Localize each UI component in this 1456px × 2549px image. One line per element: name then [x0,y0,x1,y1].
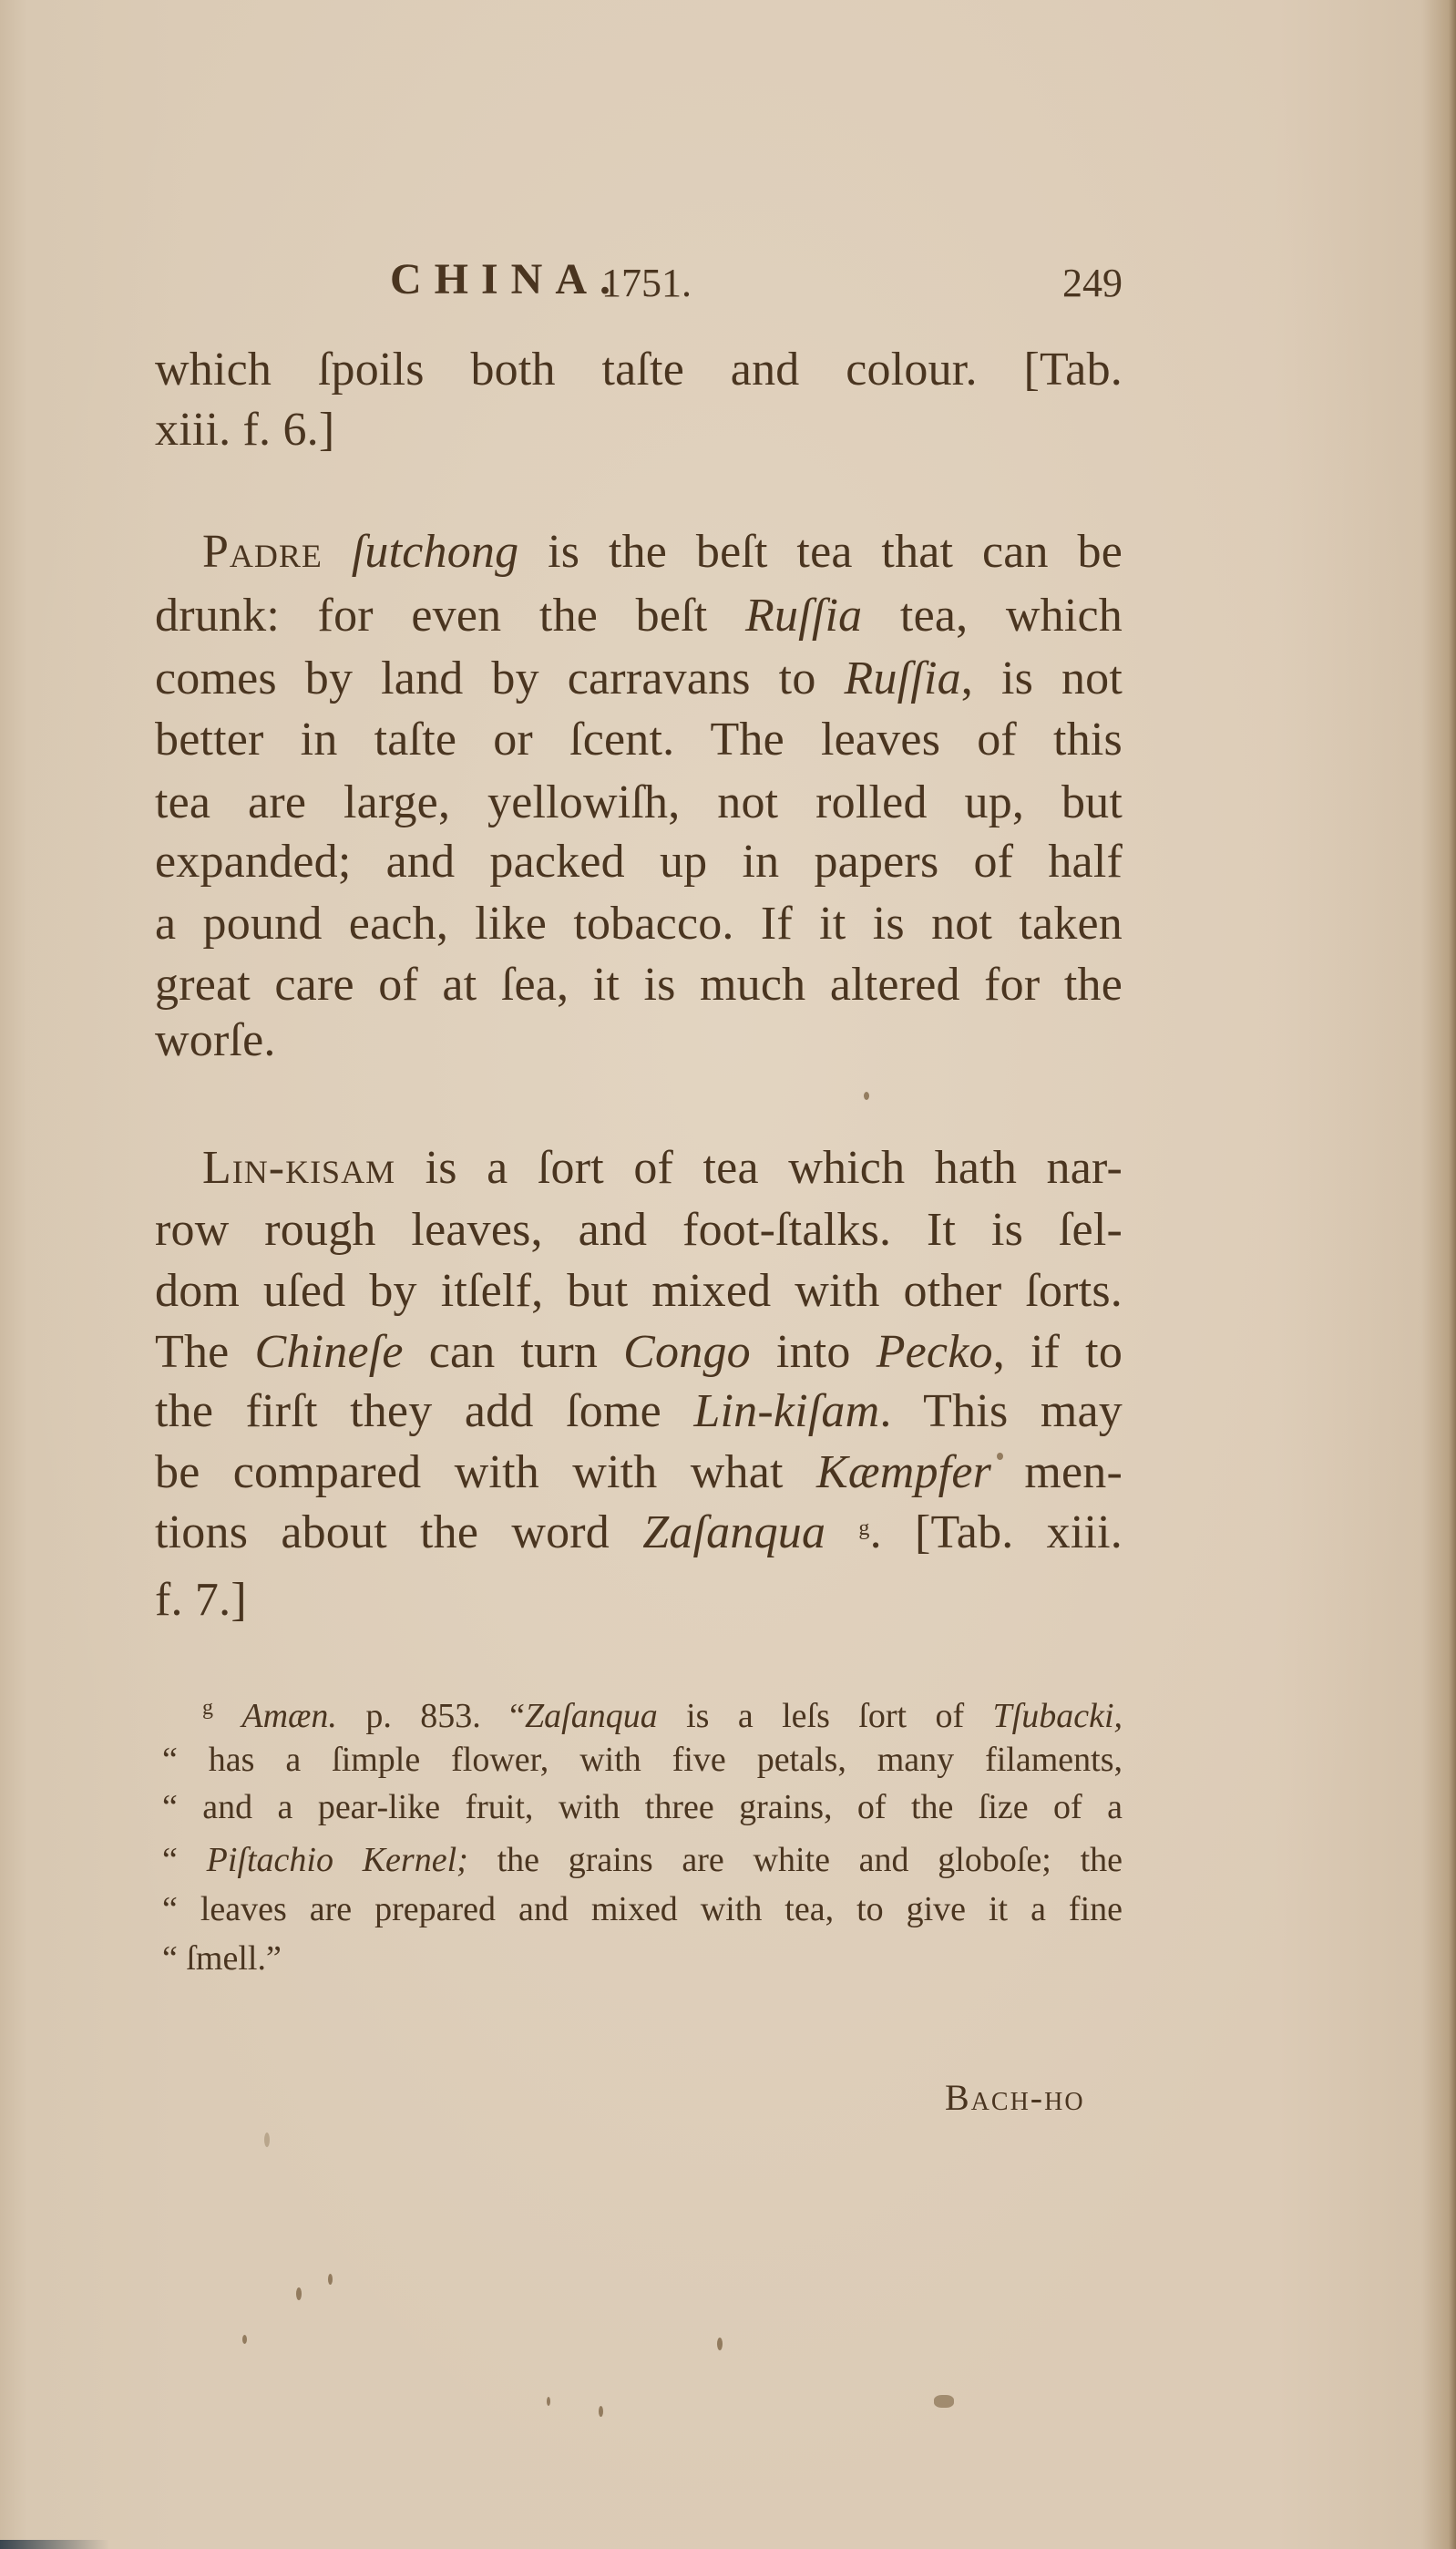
footnote-line: “ Piſtachio Kernel; the grains are white… [162,1843,1123,1877]
italic-term: Pecko [877,1326,993,1378]
text-span: comes by land by carravans to [155,653,816,704]
text-span: , is not [961,653,1123,704]
footnote-line: g Amæn. p. 853. “Zaſanqua is a leſs ſort… [202,1697,1123,1733]
text-line: row rough leaves, and foot-ſtalks. It is… [155,1207,1123,1254]
italic-term: Tſubacki, [993,1697,1123,1735]
paper-speck [328,2274,333,2285]
text-line: tea are large, yellowiſh, not rolled up,… [155,779,1123,827]
running-header: CHINA. 1751. 249 [155,258,1123,303]
paper-speck [296,2287,302,2300]
text-span: be compared with with what [155,1446,784,1498]
text-line: which ſpoils both taſte and colour. [Tab… [155,346,1123,394]
lead-term: Padre [202,526,323,578]
catchword: Bach-ho [945,2076,1085,2119]
italic-term: Amæn. [241,1697,337,1735]
text-span: the grains are white and globoſe; the [497,1841,1123,1879]
footnote-marker[interactable]: g [858,1516,869,1540]
italic-term: Ruſſia [844,653,960,704]
text-line: Lin-kiſam is a ſort of tea which hath na… [202,1145,1123,1192]
text-span: can turn [429,1326,598,1378]
paper-speck [547,2397,550,2406]
paper-speck [934,2395,954,2408]
text-span: men- [1024,1446,1123,1498]
footnote-line: “ leaves are prepared and mixed with tea… [162,1892,1123,1927]
text-span: p. 853. “ [365,1697,525,1735]
paper-speck [264,2133,270,2147]
italic-term: ſutchong [352,526,519,578]
text-span: The [155,1326,229,1378]
italic-term: Zaſanqua [525,1697,658,1735]
text-line: dom uſed by itſelf, but mixed with other… [155,1268,1123,1315]
text-line: worſe. [155,1017,1123,1064]
book-page: CHINA. 1751. 249 which ſpoils both taſte… [0,0,1456,2549]
footnote-line: “ ſmell.” [162,1941,1123,1976]
italic-term: Kæmpfer [816,1446,991,1498]
text-line: the firſt they add ſome Lin-kiſam. This … [155,1388,1123,1435]
italic-term: Zaſanqua [642,1506,825,1558]
italic-term: Ruſſia [745,590,862,642]
text-line: The Chineſe can turn Congo into Pecko, i… [155,1329,1123,1376]
text-span: tions about the word [155,1506,610,1558]
text-line: expanded; and packed up in papers of hal… [155,838,1123,886]
text-line: great care of at ſea, it is much altered… [155,961,1123,1009]
text-span: into [776,1326,851,1378]
text-span: tea, which [900,590,1123,642]
text-line: a pound each, like tobacco. If it is not… [155,900,1123,948]
text-span: is a leſs ſort of [686,1697,964,1735]
italic-term: Chineſe [255,1326,404,1378]
text-span: . This may [879,1385,1123,1437]
footnote-line: “ and a pear-like fruit, with three grai… [162,1790,1123,1824]
text-line: tions about the word Zaſanqua g. [Tab. x… [155,1509,1123,1557]
paper-speck [997,1453,1003,1460]
text-line: comes by land by carravans to Ruſſia, is… [155,655,1123,703]
text-span: . [Tab. xiii. [870,1506,1123,1558]
text-span: is a ſort of tea which hath nar- [426,1142,1123,1194]
header-title: CHINA. [390,258,623,302]
paper-speck [242,2335,247,2344]
page-number: 249 [1062,263,1123,303]
text-span: the firſt they add ſome [155,1385,661,1437]
text-line: xiii. f. 6.] [155,406,1123,454]
footnote-marker: g [202,1696,213,1720]
text-line: better in taſte or ſcent. The leaves of … [155,716,1123,764]
text-span: drunk: for even the beſt [155,590,707,642]
paper-speck [599,2406,603,2417]
italic-term: Lin-kiſam [693,1385,879,1437]
text-line: be compared with with what Kæmpfer men- [155,1449,1123,1496]
footnote-line: “ has a ſimple flower, with five petals,… [162,1742,1123,1777]
italic-term: Congo [623,1326,751,1378]
text-span: , if to [993,1326,1123,1378]
text-line: Padre ſutchong is the beſt tea that can … [202,529,1123,576]
text-line: f. 7.] [155,1577,1123,1624]
paper-speck [864,1092,869,1100]
paper-speck [717,2338,723,2350]
header-year: 1751. [601,263,692,303]
lead-term: Lin-kiſam [202,1142,395,1194]
text-line: drunk: for even the beſt Ruſſia tea, whi… [155,592,1123,640]
scan-edge-shadow [0,2540,109,2549]
text-span: is the beſt tea that can be [548,526,1123,578]
text-span: “ [162,1841,178,1879]
italic-term: Piſtachio Kernel; [207,1841,468,1879]
